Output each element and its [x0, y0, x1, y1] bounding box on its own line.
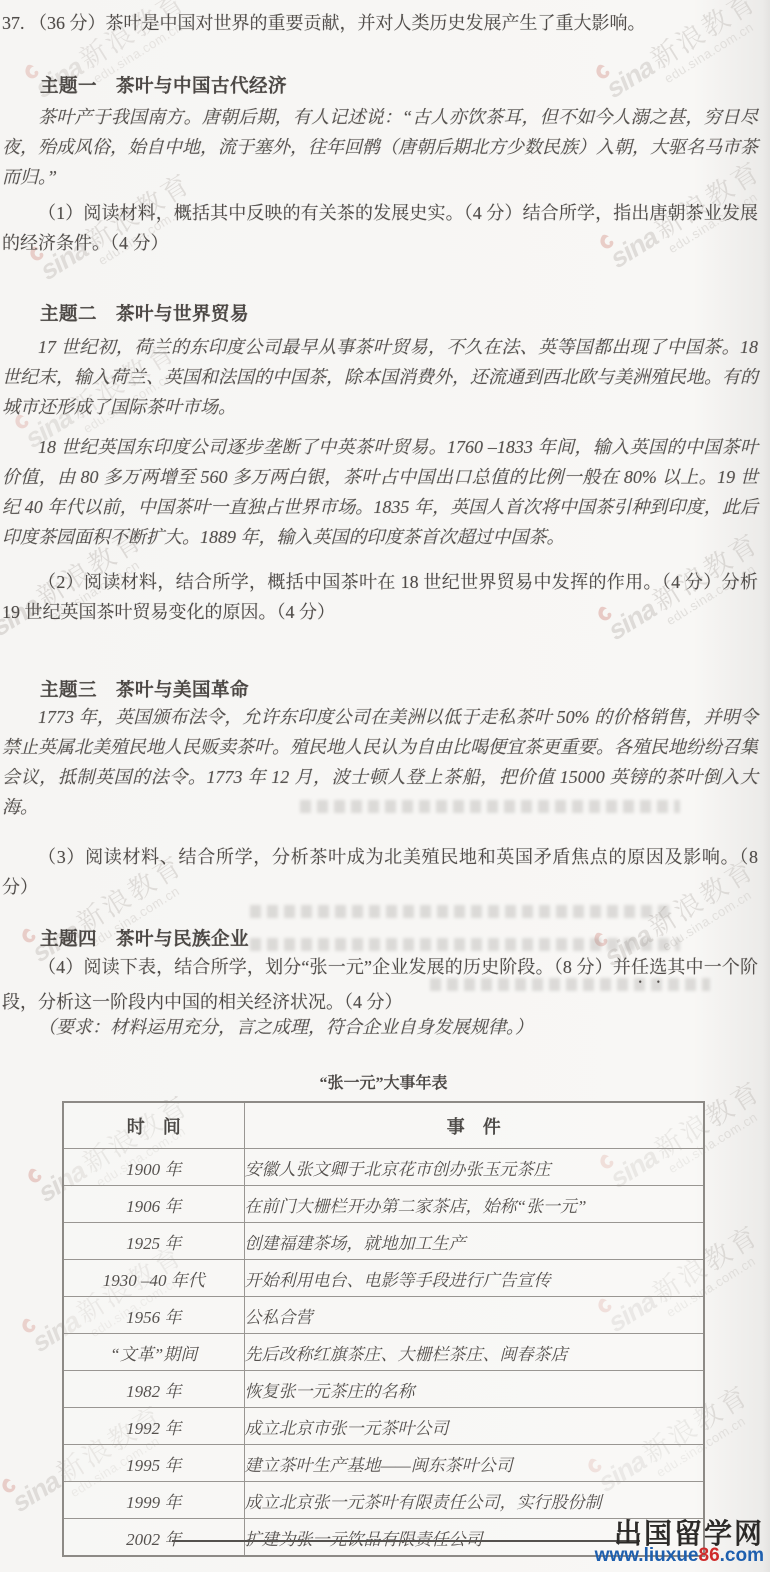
question-intro: 37. （36 分）茶叶是中国对世界的重要贡献，并对人类历史发展产生了重大影响。 — [2, 8, 758, 38]
scanned-exam-page: sina新浪教育 edu.sina.com.cn sina新浪教育 edu.si… — [0, 0, 770, 1572]
cell-event: 开始利用电台、电影等手段进行广告宣传 — [244, 1260, 704, 1297]
cell-event: 公私合营 — [244, 1297, 704, 1334]
theme1-heading: 主题一 茶叶与中国古代经济 — [40, 72, 287, 98]
footer-url-prefix: www.liuxue — [595, 1545, 699, 1566]
table-row: 1982 年恢复张一元茶庄的名称 — [63, 1371, 704, 1408]
sina-flame-icon — [17, 1314, 43, 1342]
sina-flame-icon — [23, 1164, 49, 1192]
theme1-material: 茶叶产于我国南方。唐朝后期，有人记述说：“古人亦饮茶耳，但不如今人溺之甚，穷日尽… — [2, 102, 758, 192]
cell-time: 2002 年 — [63, 1519, 244, 1557]
sina-flame-icon — [591, 60, 617, 88]
table-row: 1930 –40 年代开始利用电台、电影等手段进行广告宣传 — [63, 1260, 704, 1297]
cell-time: “文革”期间 — [63, 1334, 244, 1371]
cell-event: 成立北京市张一元茶叶公司 — [244, 1408, 704, 1445]
cell-event: 安徽人张文卿于北京花市创办张玉元茶庄 — [244, 1149, 704, 1186]
cell-time: 1930 –40 年代 — [63, 1260, 244, 1297]
cell-time: 1906 年 — [63, 1186, 244, 1223]
yearbook-table-title: “张一元”大事年表 — [62, 1070, 705, 1093]
question-2: （2）阅读材料，结合所学，概括中国茶叶在 18 世纪世界贸易中发挥的作用。（4 … — [2, 567, 758, 627]
theme4-heading: 主题四 茶叶与民族企业 — [40, 925, 249, 951]
table-row: 1999 年成立北京张一元茶叶有限责任公司，实行股份制 — [63, 1482, 704, 1519]
cell-event: 在前门大栅栏开办第二家茶店，始称“张一元” — [244, 1186, 704, 1223]
question-4-text: （4）阅读下表，结合所学，划分“张一元”企业发展的历史阶段。（8 分）并 — [38, 957, 631, 977]
cell-time: 1992 年 — [63, 1408, 244, 1445]
cell-event: 创建福建茶场，就地加工生产 — [244, 1223, 704, 1260]
cell-event: 恢复张一元茶庄的名称 — [244, 1371, 704, 1408]
cell-event: 建立茶叶生产基地——闽东茶叶公司 — [244, 1445, 704, 1482]
bleed-through-artifact — [250, 905, 670, 918]
table-row: 1925 年创建福建茶场，就地加工生产 — [63, 1223, 704, 1260]
theme2-heading: 主题二 茶叶与世界贸易 — [40, 300, 249, 326]
table-row: 1995 年建立茶叶生产基地——闽东茶叶公司 — [63, 1445, 704, 1482]
question-4: （4）阅读下表，结合所学，划分“张一元”企业发展的历史阶段。（8 分）并任选其中… — [2, 952, 758, 1017]
table-row: 1906 年在前门大栅栏开办第二家茶店，始称“张一元” — [63, 1186, 704, 1223]
question-intro-text: （36 分）茶叶是中国对世界的重要贡献，并对人类历史发展产生了重大影响。 — [29, 13, 646, 33]
yearbook-table: 时 间 事 件 1900 年安徽人张文卿于北京花市创办张玉元茶庄 1906 年在… — [62, 1101, 705, 1557]
cell-time: 1925 年 — [63, 1223, 244, 1260]
theme3-heading: 主题三 茶叶与美国革命 — [40, 676, 249, 702]
table-row: 1956 年公私合营 — [63, 1297, 704, 1334]
cell-time: 1999 年 — [63, 1482, 244, 1519]
table-row: 1900 年安徽人张文卿于北京花市创办张玉元茶庄 — [63, 1149, 704, 1186]
question-4-requirement: （要求：材料运用充分，言之成理，符合企业自身发展规律。） — [2, 1012, 758, 1042]
footer-rule — [172, 1540, 640, 1542]
theme2-material-2: 18 世纪英国东印度公司逐步垄断了中英茶叶贸易。1760 –1833 年间，输入… — [2, 432, 758, 552]
cell-time: 1995 年 — [63, 1445, 244, 1482]
cell-time: 1982 年 — [63, 1371, 244, 1408]
footer-url-number: 86 — [699, 1545, 720, 1566]
watermark-brand: sina — [10, 1466, 62, 1517]
bleed-through-artifact — [250, 938, 680, 951]
footer-site-url[interactable]: www.liuxue86.com — [595, 1545, 764, 1567]
theme2-material-1: 17 世纪初，荷兰的东印度公司最早从事茶叶贸易，不久在法、英等国都出现了中国茶。… — [2, 332, 758, 422]
watermark-brand: sina — [604, 52, 656, 103]
table-header-row: 时 间 事 件 — [63, 1102, 704, 1149]
question-3: （3）阅读材料、结合所学，分析茶叶成为北美殖民地和英国矛盾焦点的原因及影响。（8… — [2, 842, 758, 902]
cell-time: 1956 年 — [63, 1297, 244, 1334]
question-number: 37. — [2, 13, 25, 33]
footer-url-suffix: .com — [720, 1545, 764, 1566]
table-row: “文革”期间先后改称红旗茶庄、大栅栏茶庄、闽春茶店 — [63, 1334, 704, 1371]
sina-flame-icon — [17, 924, 43, 952]
table-row: 1992 年成立北京市张一元茶叶公司 — [63, 1408, 704, 1445]
column-header-time: 时 间 — [63, 1102, 244, 1149]
theme3-material: 1773 年，英国颁布法令，允许东印度公司在美洲以低于走私茶叶 50% 的价格销… — [2, 702, 758, 822]
question-1: （1）阅读材料，概括其中反映的有关茶的发展史实。（4 分）结合所学，指出唐朝茶业… — [2, 198, 758, 258]
question-4-emphasized: 任选 — [631, 957, 667, 977]
cell-time: 1900 年 — [63, 1149, 244, 1186]
column-header-event: 事 件 — [244, 1102, 704, 1149]
cell-event: 先后改称红旗茶庄、大栅栏茶庄、闽春茶店 — [244, 1334, 704, 1371]
sina-flame-icon — [0, 1474, 23, 1502]
